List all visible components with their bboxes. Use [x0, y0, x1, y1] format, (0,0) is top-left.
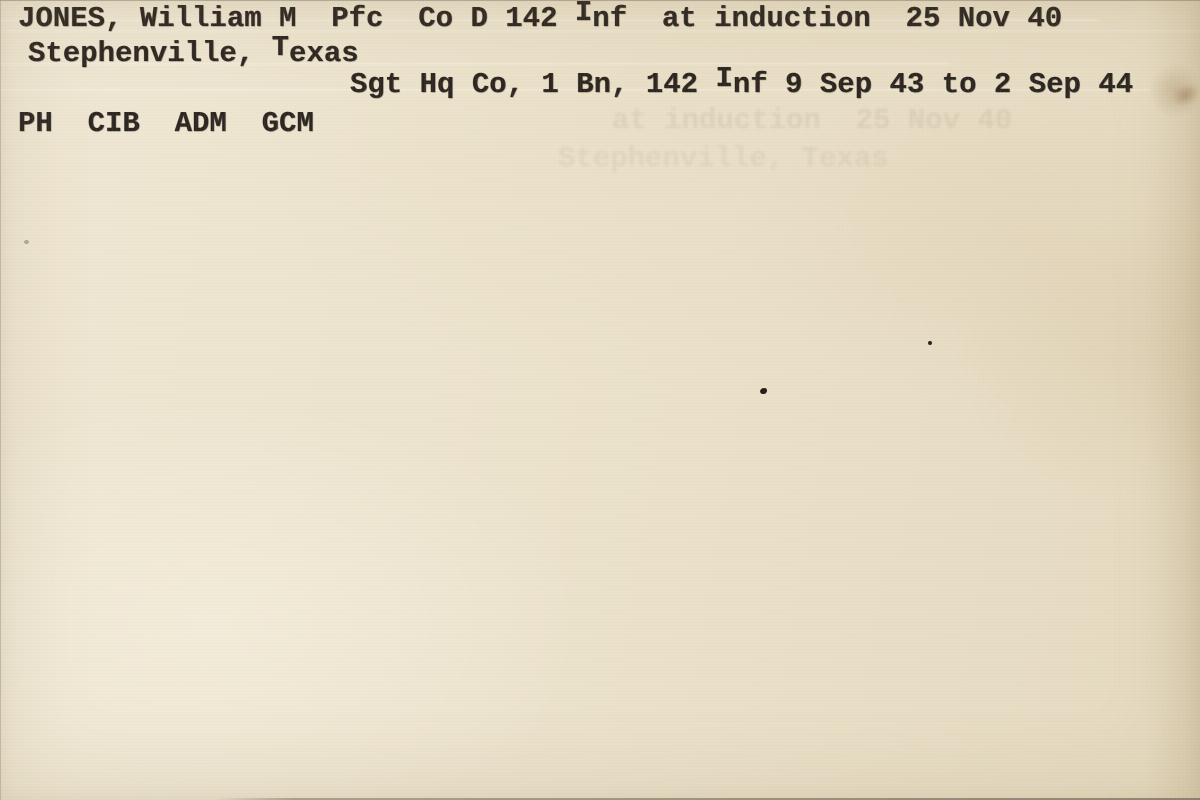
raised-capital: T — [272, 31, 289, 64]
typed-line-name-rank-induction: JONES, William M Pfc Co D 142 Inf at ind… — [18, 2, 1062, 36]
card-right-edge-shadow — [1145, 0, 1200, 800]
typed-text: nf at induction 25 Nov 40 — [592, 2, 1062, 35]
typed-text: exas — [289, 37, 359, 70]
index-card-scan: at induction 25 Nov 40 Stephenville, Tex… — [0, 0, 1200, 800]
ink-speck — [760, 388, 767, 394]
typed-text: Sgt Hq Co, 1 Bn, 142 — [350, 68, 715, 101]
paper-stain-core — [1164, 75, 1200, 116]
typed-text: JONES, William M Pfc Co D 142 — [18, 2, 575, 35]
paper-stain — [1140, 55, 1200, 127]
card-top-edge — [0, 0, 1200, 1]
typed-line-promotion-dates: Sgt Hq Co, 1 Bn, 142 Inf 9 Sep 43 to 2 S… — [350, 68, 1133, 102]
paper-speck — [24, 240, 29, 244]
card-left-edge — [0, 0, 1, 800]
typed-line-decorations: PH CIB ADM GCM — [18, 107, 314, 141]
typed-text: nf 9 Sep 43 to 2 Sep 44 — [733, 68, 1133, 101]
ghost-bleedthrough-text-1: at induction 25 Nov 40 — [612, 104, 1012, 137]
raised-capital: I — [715, 62, 732, 95]
ink-speck — [928, 341, 932, 345]
typed-line-hometown: Stephenville, Texas — [28, 37, 359, 71]
raised-capital: I — [575, 0, 592, 29]
typed-text: Stephenville, — [28, 37, 272, 70]
typed-text: PH CIB ADM GCM — [18, 107, 314, 140]
ghost-bleedthrough-text-2: Stephenville, Texas — [558, 142, 889, 175]
